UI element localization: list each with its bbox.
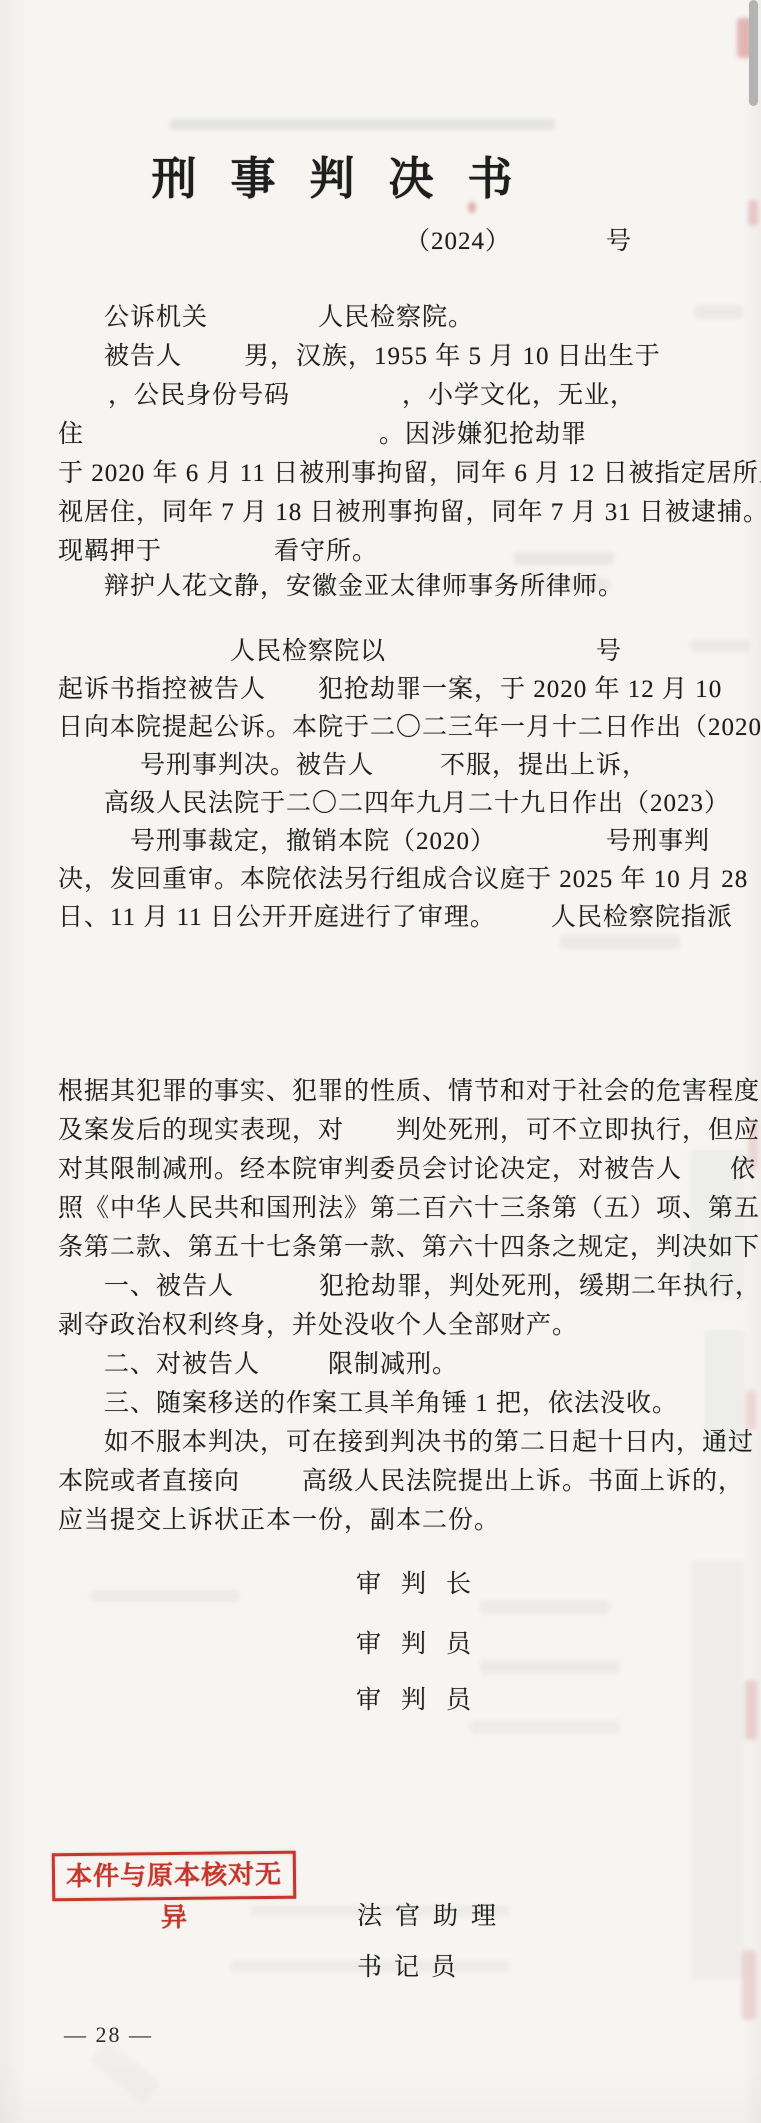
ink-mark (742, 1950, 756, 2020)
document-line: 视居住，同年 7 月 18 日被刑事拘留，同年 7 月 31 日被逮捕。 (58, 493, 761, 532)
redaction-gap (58, 652, 230, 654)
redaction-gap (58, 587, 104, 589)
text-run: 照《中华人民共和国刑法》第二百六十三条第（五）项、第五十 (58, 1195, 761, 1222)
text-run: 犯抢劫罪，判处死刑，缓期二年执行， (319, 1273, 761, 1300)
text-run: 犯抢劫罪一案，于 2020 年 12 月 10 (318, 676, 722, 703)
document-line: 决，发回重审。本院依法另行组成合议庭于 2025 年 10 月 28 (58, 860, 748, 899)
document-line: 日向本院提起公诉。本院于二〇二三年一月十二日作出（2020） (58, 708, 761, 747)
document-line: 于 2020 年 6 月 11 日被刑事拘留，同年 6 月 12 日被指定居所监 (58, 454, 761, 493)
bleed-through-artifact (690, 640, 750, 652)
text-run: 条第二款、第五十七条第一款、第六十四条之规定，判决如下： (58, 1234, 761, 1261)
redaction-gap (266, 690, 318, 692)
document-line: 三、随案移送的作案工具羊角锤 1 把，依法没收。 (58, 1384, 678, 1423)
redaction-gap (260, 1365, 328, 1367)
text-run: 三、随案移送的作案工具羊角锤 1 把，依法没收。 (104, 1390, 678, 1417)
text-run: 辩护人花文静，安徽金亚太律师事务所律师。 (104, 573, 624, 600)
redaction-gap (84, 435, 379, 437)
judge-assistant-label: 法官助理 (357, 1900, 509, 1934)
document-line: ，公民身份号码，小学文化，无业， (58, 376, 636, 415)
text-run: （2024） (405, 228, 511, 255)
document-line: 号刑事判决。被告人不服，提出上诉， (58, 746, 648, 785)
bleed-through-artifact (514, 552, 614, 565)
text-run: 公诉机关 (104, 304, 208, 331)
document-line: 被告人男，汉族，1955 年 5 月 10 日出生于 (58, 337, 661, 376)
document-line: 条第二款、第五十七条第一款、第六十四条之规定，判决如下： (58, 1228, 761, 1267)
text-run: 号刑事判决。被告人 (140, 752, 374, 779)
document-line: 剥夺政治权利终身，并处没收个人全部财产。 (58, 1306, 578, 1345)
redaction-gap (58, 357, 104, 359)
document-line: 一、被告人犯抢劫罪，判处死刑，缓期二年执行， (58, 1267, 761, 1306)
bleed-through-artifact (90, 1590, 240, 1602)
text-run: 号 (596, 638, 622, 665)
bleed-through-artifact (690, 1560, 745, 1980)
document-line: 辩护人花文静，安徽金亚太律师事务所律师。 (58, 567, 624, 606)
judge-1-label: 审判员 (356, 1628, 491, 1662)
text-run: 日、11 月 11 日公开开庭进行了审理。 (58, 904, 496, 931)
bleed-through-artifact (480, 1600, 610, 1614)
scrollbar-thumb[interactable] (749, 0, 758, 106)
text-run: 及案发后的现实表现，对 (58, 1117, 344, 1144)
redaction-gap (58, 766, 140, 768)
redaction-gap (496, 842, 606, 844)
clerk-label: 书记员 (357, 1951, 468, 1985)
document-line: 根据其犯罪的事实、犯罪的性质、情节和对于社会的危害程度 (58, 1072, 760, 1111)
redaction-gap (162, 552, 274, 554)
document-line: 照《中华人民共和国刑法》第二百六十三条第（五）项、第五十 (58, 1189, 761, 1228)
text-run: ，小学文化，无业， (402, 382, 636, 409)
text-run: 本院或者直接向 (58, 1468, 240, 1495)
text-run: 视居住，同年 7 月 18 日被刑事拘留，同年 7 月 31 日被逮捕。 (58, 499, 761, 526)
text-run: 依 (730, 1156, 756, 1183)
text-run: ，公民身份号码 (108, 382, 290, 409)
document-line: 本院或者直接向高级人民法院提出上诉。书面上诉的， (58, 1462, 744, 1501)
redaction-gap (344, 1131, 396, 1133)
text-run: 应当提交上诉状正本一份，副本二份。 (58, 1507, 500, 1534)
document-line: 二、对被告人限制减刑。 (58, 1345, 458, 1384)
bleed-through-artifact (89, 2039, 161, 2105)
text-run: 高级人民法院于二〇二四年九月二十九日作出（2023） (104, 790, 730, 817)
document-line: （2024）号 (58, 222, 632, 261)
text-run: 号刑事裁定，撤销本院（2020） (130, 828, 496, 855)
verification-stamp: 本件与原本核对无异 (52, 1851, 296, 1902)
redaction-gap (511, 242, 606, 244)
text-run: 人民检察院指派 (551, 904, 733, 931)
redaction-gap (58, 842, 130, 844)
redaction-gap (234, 1287, 319, 1289)
bleed-through-artifact (170, 119, 555, 130)
document-line: 住。因涉嫌犯抢劫罪 (58, 415, 587, 454)
text-run: 。因涉嫌犯抢劫罪 (379, 421, 587, 448)
text-run: 判处死刑，可不立即执行，但应 (396, 1117, 760, 1144)
redaction-gap (386, 652, 596, 654)
redaction-gap (240, 1482, 302, 1484)
presiding-judge-label: 审判长 (356, 1568, 491, 1602)
document-page: 刑事判决书 （2024）号公诉机关人民检察院。被告人男，汉族，1955 年 5 … (0, 0, 761, 2123)
text-run: 不服，提出上诉， (440, 752, 648, 779)
document-line: 起诉书指控被告人犯抢劫罪一案，于 2020 年 12 月 10 (58, 670, 722, 709)
redaction-gap (58, 396, 108, 398)
text-run: 如不服本判决，可在接到判决书的第二日起十日内，通过 (104, 1429, 754, 1456)
text-run: 起诉书指控被告人 (58, 676, 266, 703)
document-line: 如不服本判决，可在接到判决书的第二日起十日内，通过 (58, 1423, 754, 1462)
redaction-gap (682, 1170, 730, 1172)
bleed-through-artifact (695, 305, 743, 319)
redaction-gap (58, 318, 104, 320)
redaction-gap (58, 1404, 104, 1406)
text-run: 对其限制减刑。经本院审判委员会讨论决定，对被告人 (58, 1156, 682, 1183)
text-run: 看守所。 (274, 538, 378, 565)
document-line: 高级人民法院于二〇二四年九月二十九日作出（2023） (58, 784, 730, 823)
bleed-through-artifact (560, 935, 680, 949)
document-line: 公诉机关人民检察院。 (58, 298, 474, 337)
document-line: 对其限制减刑。经本院审判委员会讨论决定，对被告人依 (58, 1150, 756, 1189)
document-line: 现羁押于看守所。 (58, 532, 378, 571)
text-run: 一、被告人 (104, 1273, 234, 1300)
text-run: 人民检察院。 (318, 304, 474, 331)
redaction-gap (58, 1443, 104, 1445)
redaction-gap (58, 242, 405, 244)
text-run: 限制减刑。 (328, 1351, 458, 1378)
page-number: — 28 — (64, 2022, 153, 2048)
redaction-gap (374, 766, 440, 768)
bleed-through-artifact (470, 1720, 620, 1734)
document-line: 日、11 月 11 日公开开庭进行了审理。人民检察院指派 (58, 898, 733, 937)
document-line: 应当提交上诉状正本一份，副本二份。 (58, 1501, 500, 1540)
text-run: 号 (606, 228, 632, 255)
text-run: 号刑事判 (606, 828, 710, 855)
text-run: 二、对被告人 (104, 1351, 260, 1378)
document-title: 刑事判决书 (58, 142, 640, 200)
redaction-gap (58, 804, 104, 806)
ink-mark (748, 200, 758, 226)
document-line: 号刑事裁定，撤销本院（2020）号刑事判 (58, 822, 710, 861)
text-run: 男，汉族，1955 年 5 月 10 日出生于 (244, 343, 661, 370)
redaction-gap (58, 1287, 104, 1289)
document-line: 及案发后的现实表现，对判处死刑，可不立即执行，但应 (58, 1111, 760, 1150)
text-run: 住 (58, 421, 84, 448)
ink-mark (745, 1680, 757, 1740)
bleed-through-artifact (480, 1660, 620, 1674)
text-run: 根据其犯罪的事实、犯罪的性质、情节和对于社会的危害程度 (58, 1078, 760, 1105)
text-run: 人民检察院以 (230, 638, 386, 665)
text-run: 被告人 (104, 343, 182, 370)
text-run: 决，发回重审。本院依法另行组成合议庭于 2025 年 10 月 28 (58, 866, 748, 893)
text-run: 现羁押于 (58, 538, 162, 565)
redaction-gap (496, 918, 551, 920)
text-run: 高级人民法院提出上诉。书面上诉的， (302, 1468, 744, 1495)
text-run: 剥夺政治权利终身，并处没收个人全部财产。 (58, 1312, 578, 1339)
redaction-gap (290, 396, 402, 398)
redaction-gap (182, 357, 244, 359)
text-run: 于 2020 年 6 月 11 日被刑事拘留，同年 6 月 12 日被指定居所监 (58, 460, 761, 487)
redaction-gap (58, 1365, 104, 1367)
document-line: 人民检察院以号 (58, 632, 622, 671)
text-run: 日向本院提起公诉。本院于二〇二三年一月十二日作出（2020） (58, 714, 761, 741)
redaction-gap (208, 318, 318, 320)
judge-2-label: 审判员 (356, 1684, 491, 1718)
